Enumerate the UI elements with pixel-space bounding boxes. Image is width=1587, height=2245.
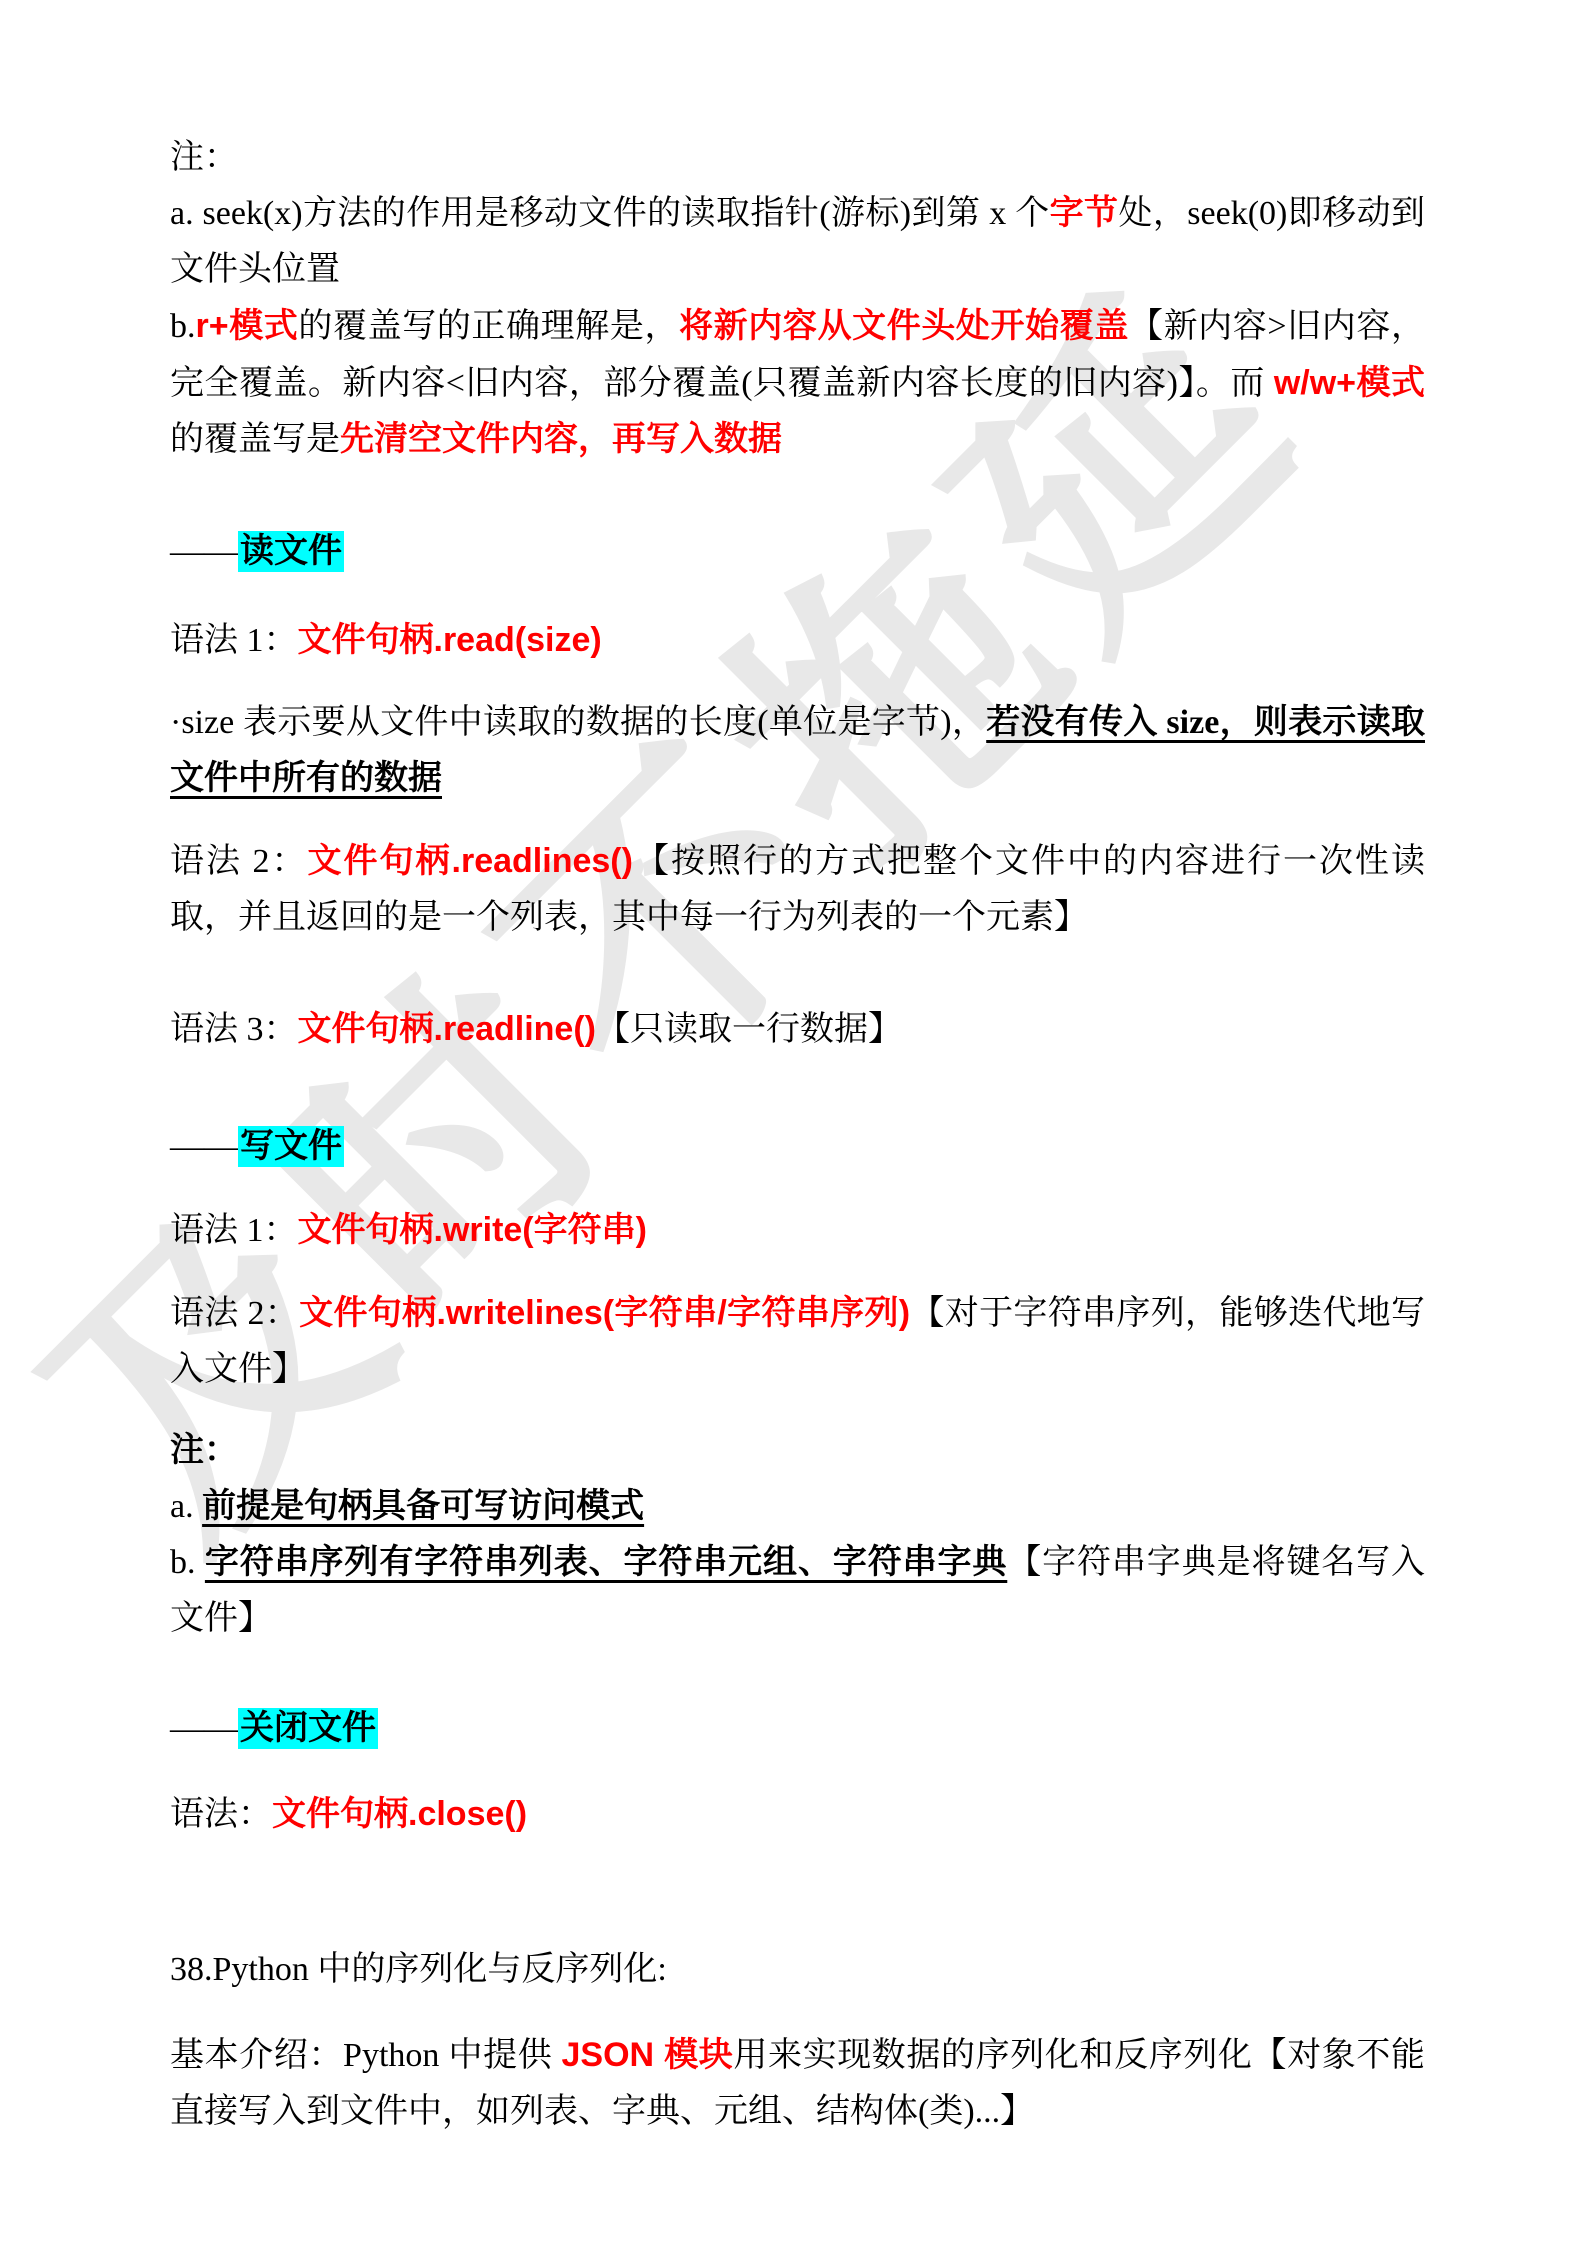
heading-dash: —— bbox=[170, 533, 238, 570]
read-syntax2-code: 文件句柄.readlines() bbox=[308, 842, 633, 880]
note1-a-red: 字节 bbox=[1050, 195, 1119, 232]
serialization-title-text: 38.Python 中的序列化与反序列化: bbox=[170, 1951, 667, 1988]
note1-item-a: a. seek(x)方法的作用是移动文件的读取指针(游标)到第 x 个字节处，s… bbox=[170, 186, 1425, 298]
write-note-label-text: 注： bbox=[170, 1432, 238, 1469]
read-syntax1-code: 文件句柄.read(size) bbox=[298, 621, 602, 659]
read-syntax3-code: 文件句柄.readline() bbox=[298, 1010, 596, 1048]
close-syntax-label: 语法： bbox=[170, 1796, 272, 1833]
note1-b-mid3: 的覆盖写是 bbox=[170, 421, 340, 458]
write-note-b: b. 字符串序列有字符串列表、字符串元组、字符串字典【字符串字典是将键名写入文件… bbox=[170, 1535, 1425, 1647]
serialization-title: 38.Python 中的序列化与反序列化: bbox=[170, 1942, 1425, 1998]
note1-b-mid1: 的覆盖写的正确理解是， bbox=[298, 308, 679, 345]
heading-dash: —— bbox=[170, 1128, 238, 1165]
serialization-intro-red: JSON 模块 bbox=[561, 2036, 733, 2074]
note1-b-red4: 先清空文件内容，再写入数据 bbox=[340, 421, 782, 458]
section-heading-read: ——读文件 bbox=[170, 524, 1425, 580]
note1-label-text: 注： bbox=[170, 139, 238, 176]
write-syntax2-label: 语法 2： bbox=[170, 1295, 299, 1332]
write-note-b-bold: 字符串序列有字符串列表、字符串元组、字符串字典 bbox=[205, 1544, 1007, 1581]
document-content: 注： a. seek(x)方法的作用是移动文件的读取指针(游标)到第 x 个字节… bbox=[170, 130, 1425, 2140]
document-page: 及时不拖延 注： a. seek(x)方法的作用是移动文件的读取指针(游标)到第… bbox=[0, 0, 1587, 2245]
write-note-a-prefix: a. bbox=[170, 1488, 202, 1525]
write-note-a-bold: 前提是句柄具备可写访问模式 bbox=[202, 1488, 644, 1525]
write-syntax2: 语法 2：文件句柄.writelines(字符串/字符串序列)【对于字符串序列，… bbox=[170, 1285, 1425, 1398]
heading-read-highlight: 读文件 bbox=[238, 531, 344, 572]
write-syntax1-code: 文件句柄.write(字符串) bbox=[298, 1211, 647, 1249]
write-note-b-prefix: b. bbox=[170, 1544, 205, 1581]
section-heading-write: ——写文件 bbox=[170, 1119, 1425, 1175]
read-syntax2-label: 语法 2： bbox=[170, 843, 308, 880]
read-size-note: ·size 表示要从文件中读取的数据的长度(单位是字节)，若没有传入 size，… bbox=[170, 695, 1425, 807]
heading-close-highlight: 关闭文件 bbox=[238, 1708, 378, 1749]
read-syntax3-note: 【只读取一行数据】 bbox=[596, 1011, 902, 1048]
close-syntax: 语法：文件句柄.close() bbox=[170, 1786, 1425, 1843]
note1-b-prefix: b. bbox=[170, 308, 196, 345]
note1-b-red3: w/w+模式 bbox=[1274, 364, 1425, 402]
section-heading-close: ——关闭文件 bbox=[170, 1701, 1425, 1757]
close-syntax-code: 文件句柄.close() bbox=[272, 1795, 527, 1833]
read-syntax1: 语法 1：文件句柄.read(size) bbox=[170, 612, 1425, 669]
read-syntax1-label: 语法 1： bbox=[170, 622, 298, 659]
heading-dash: —— bbox=[170, 1710, 238, 1747]
serialization-intro-prefix: 基本介绍：Python 中提供 bbox=[170, 2037, 561, 2074]
read-syntax2: 语法 2：文件句柄.readlines()【按照行的方式把整个文件中的内容进行一… bbox=[170, 833, 1425, 946]
serialization-intro: 基本介绍：Python 中提供 JSON 模块用来实现数据的序列化和反序列化【对… bbox=[170, 2027, 1425, 2140]
note1-a-prefix: a. seek(x)方法的作用是移动文件的读取指针(游标)到第 x 个 bbox=[170, 195, 1050, 232]
note1-label: 注： bbox=[170, 130, 1425, 186]
write-syntax1: 语法 1：文件句柄.write(字符串) bbox=[170, 1202, 1425, 1259]
write-note-a: a. 前提是句柄具备可写访问模式 bbox=[170, 1479, 1425, 1535]
note1-b-red1: r+模式 bbox=[196, 307, 299, 345]
write-note-label: 注： bbox=[170, 1423, 1425, 1479]
note1-item-b: b.r+模式的覆盖写的正确理解是，将新内容从文件头处开始覆盖【新内容>旧内容，完… bbox=[170, 298, 1425, 468]
read-size-prefix: ·size 表示要从文件中读取的数据的长度(单位是字节)， bbox=[170, 704, 986, 741]
heading-write-highlight: 写文件 bbox=[238, 1126, 344, 1167]
read-syntax3-label: 语法 3： bbox=[170, 1011, 298, 1048]
note1-b-red2: 将新内容从文件头处开始覆盖 bbox=[679, 308, 1129, 345]
write-syntax1-label: 语法 1： bbox=[170, 1212, 298, 1249]
read-syntax3: 语法 3：文件句柄.readline()【只读取一行数据】 bbox=[170, 1001, 1425, 1058]
write-syntax2-code: 文件句柄.writelines(字符串/字符串序列) bbox=[299, 1294, 910, 1332]
